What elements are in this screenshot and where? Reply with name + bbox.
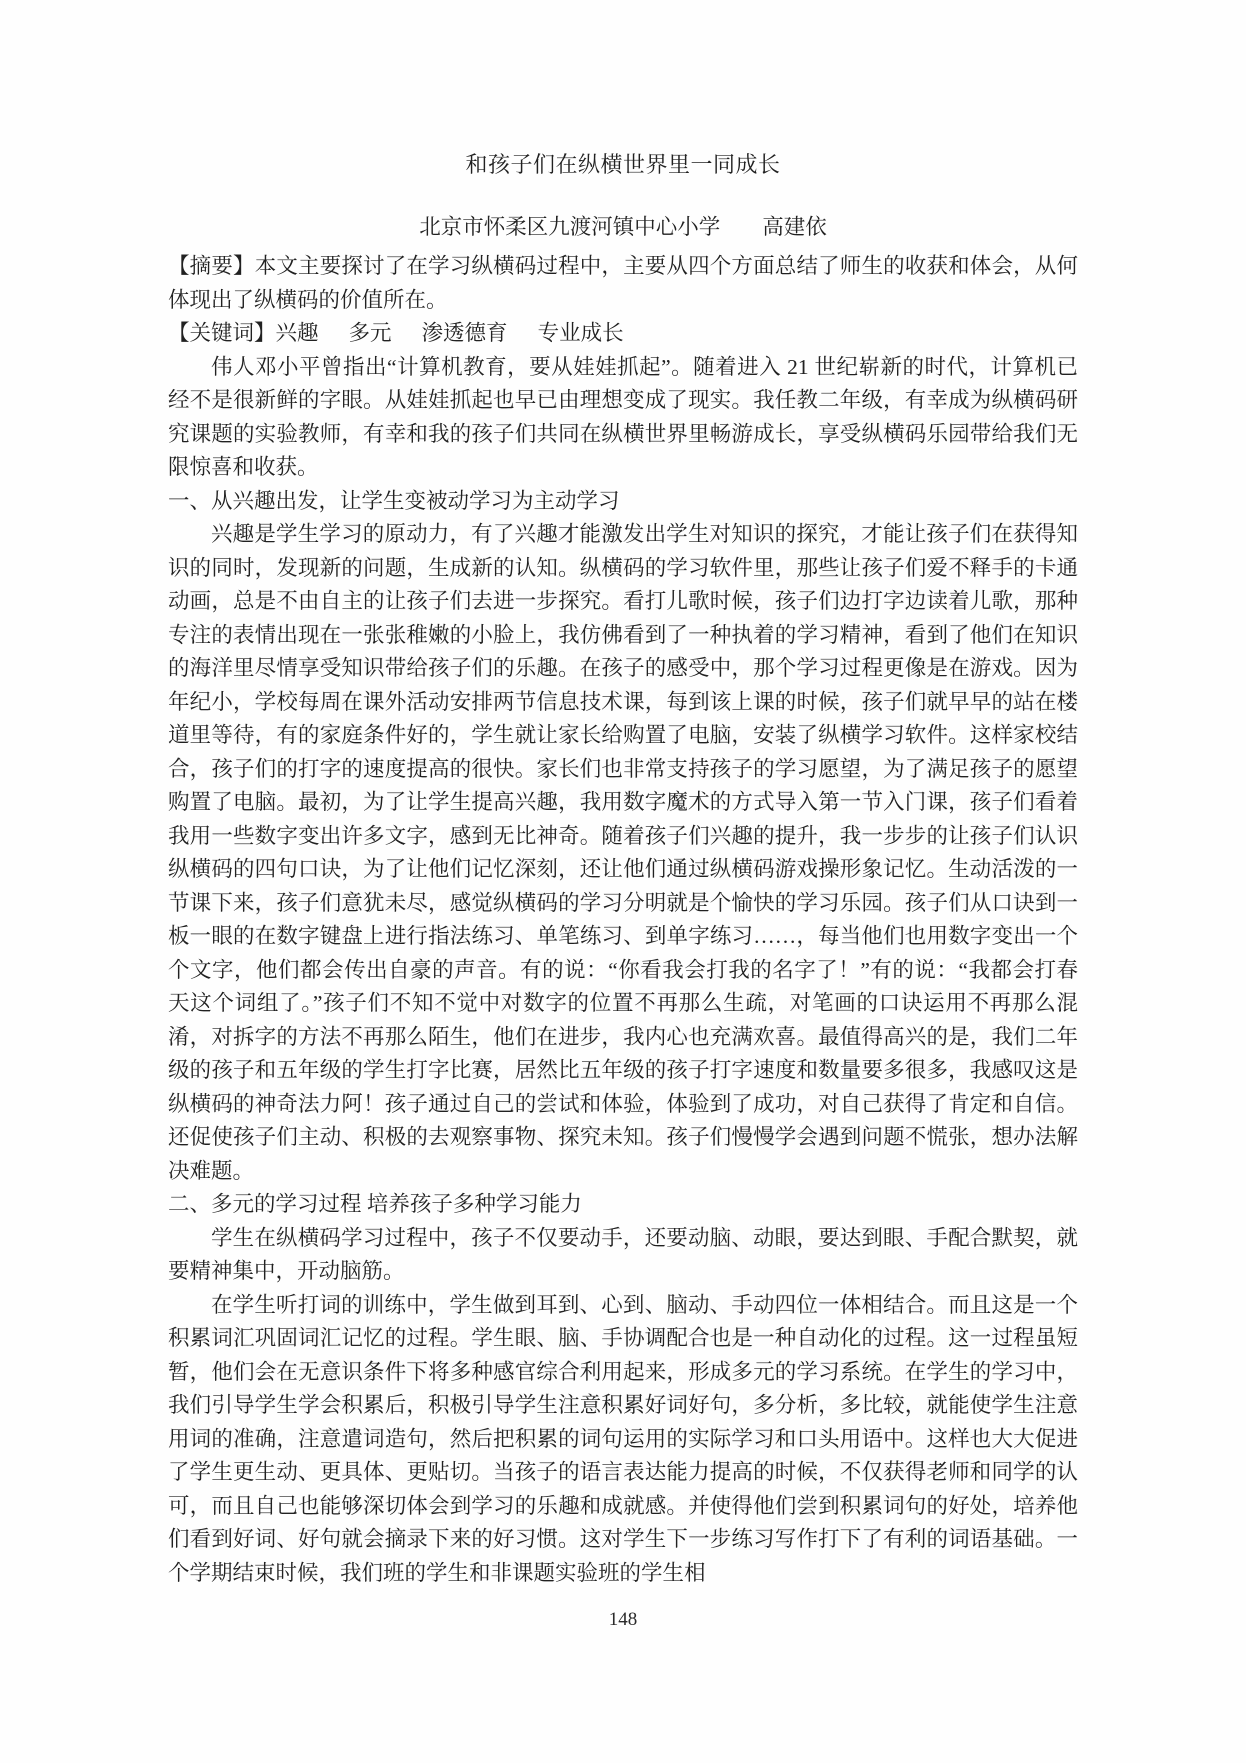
keyword-item: 兴趣 bbox=[276, 321, 319, 345]
section-1-heading: 一、从兴趣出发，让学生变被动学习为主动学习 bbox=[168, 485, 1078, 519]
author-affiliation: 北京市怀柔区九渡河镇中心小学 bbox=[419, 215, 720, 239]
document-body: 【摘要】本文主要探讨了在学习纵横码过程中，主要从四个方面总结了师生的收获和体会，… bbox=[168, 250, 1078, 1590]
keyword-item: 多元 bbox=[349, 321, 392, 345]
abstract-text: 本文主要探讨了在学习纵横码过程中，主要从四个方面总结了师生的收获和体会，从何体现… bbox=[168, 254, 1078, 312]
keywords-label: 【关键词】 bbox=[168, 321, 276, 345]
section-2-paragraph-2: 在学生听打词的训练中，学生做到耳到、心到、脑动、手动四位一体相结合。而且这是一个… bbox=[168, 1289, 1078, 1591]
page-number: 148 bbox=[168, 1607, 1078, 1633]
paper-title: 和孩子们在纵横世界里一同成长 bbox=[168, 148, 1078, 182]
abstract-label: 【摘要】 bbox=[168, 254, 255, 278]
section-2-paragraph-1: 学生在纵横码学习过程中，孩子不仅要动手，还要动脑、动眼，要达到眼、手配合默契，就… bbox=[168, 1222, 1078, 1289]
section-1-paragraph: 兴趣是学生学习的原动力，有了兴趣才能激发出学生对知识的探究，才能让孩子们在获得知… bbox=[168, 518, 1078, 1188]
keyword-item: 渗透德育 bbox=[422, 321, 508, 345]
abstract: 【摘要】本文主要探讨了在学习纵横码过程中，主要从四个方面总结了师生的收获和体会，… bbox=[168, 250, 1078, 317]
document-page: 和孩子们在纵横世界里一同成长 北京市怀柔区九渡河镇中心小学高建依 【摘要】本文主… bbox=[0, 0, 1246, 1763]
keywords: 【关键词】兴趣多元渗透德育专业成长 bbox=[168, 317, 1078, 351]
intro-paragraph: 伟人邓小平曾指出“计算机教育，要从娃娃抓起”。随着进入 21 世纪崭新的时代，计… bbox=[168, 351, 1078, 485]
byline: 北京市怀柔区九渡河镇中心小学高建依 bbox=[168, 210, 1078, 244]
keyword-item: 专业成长 bbox=[538, 321, 624, 345]
section-2-heading: 二、多元的学习过程 培养孩子多种学习能力 bbox=[168, 1188, 1078, 1222]
author-name: 高建依 bbox=[762, 215, 827, 239]
keywords-list: 兴趣多元渗透德育专业成长 bbox=[276, 321, 624, 345]
